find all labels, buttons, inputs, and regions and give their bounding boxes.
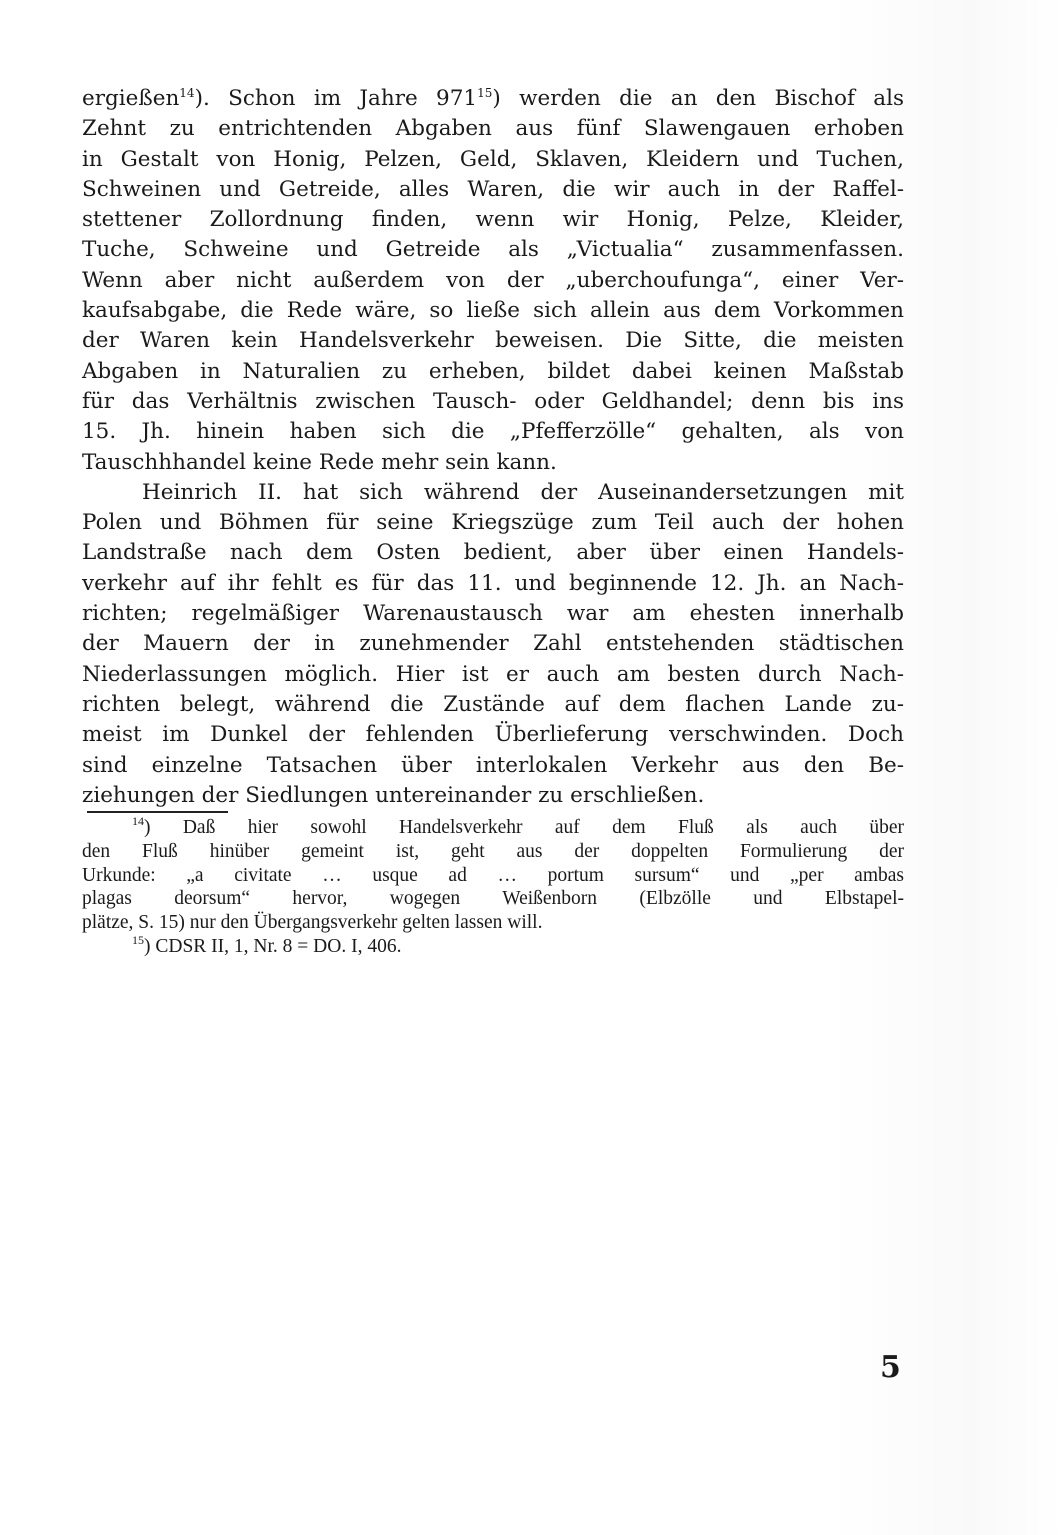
paragraph-2: Heinrich II. hat sich während der Ausein…	[82, 478, 904, 811]
footnote-marker: 15	[132, 933, 144, 947]
text-line: für das Verhältnis zwischen Tausch- oder…	[82, 387, 904, 417]
text-line: Abgaben in Naturalien zu erheben, bildet…	[82, 357, 904, 387]
footnote-line: plagas deorsum“ hervor, wogegen Weißenbo…	[82, 887, 904, 911]
text-line: Landstraße nach dem Osten bedient, aber …	[82, 538, 904, 568]
footnote-ref-15[interactable]: 15	[477, 86, 492, 100]
document-page: ergießen14). Schon im Jahre 97115) werde…	[0, 0, 1063, 1535]
text-line: Wenn aber nicht außerdem von der „uberch…	[82, 266, 904, 296]
text-span: ) Daß hier sowohl Handelsverkehr auf dem…	[144, 817, 904, 838]
text-line: Polen und Böhmen für seine Kriegszüge zu…	[82, 508, 904, 538]
text-line: der Waren kein Handelsverkehr beweisen. …	[82, 326, 904, 356]
footnote-14: 14) Daß hier sowohl Handelsverkehr auf d…	[82, 816, 904, 935]
text-line: ergießen14). Schon im Jahre 97115) werde…	[82, 84, 904, 114]
text-line: 15. Jh. hinein haben sich die „Pfefferzö…	[82, 417, 904, 447]
text-line: Tauschhhandel keine Rede mehr sein kann.	[82, 448, 904, 478]
footnote-marker: 14	[132, 814, 144, 828]
paragraph-1: ergießen14). Schon im Jahre 97115) werde…	[82, 84, 904, 478]
text-line: verkehr auf ihr fehlt es für das 11. und…	[82, 569, 904, 599]
text-span: ) CDSR II, 1, Nr. 8 = DO. I, 406.	[144, 936, 401, 957]
text-line: sind einzelne Tatsachen über interlokale…	[82, 751, 904, 781]
footnote-15: 15) CDSR II, 1, Nr. 8 = DO. I, 406.	[82, 935, 904, 959]
text-line: ziehungen der Siedlungen untereinander z…	[82, 781, 904, 811]
text-line: Niederlassungen möglich. Hier ist er auc…	[82, 660, 904, 690]
text-line: richten belegt, während die Zustände auf…	[82, 690, 904, 720]
footnote-line: den Fluß hinüber gemeint ist, geht aus d…	[82, 840, 904, 864]
text-line: Schweinen und Getreide, alles Waren, die…	[82, 175, 904, 205]
footnote-separator-rule	[87, 811, 228, 813]
footnote-line: 15) CDSR II, 1, Nr. 8 = DO. I, 406.	[82, 935, 904, 959]
text-line: Tuche, Schweine und Getreide als „Victua…	[82, 235, 904, 265]
text-line: Heinrich II. hat sich während der Ausein…	[82, 478, 904, 508]
text-line: richten; regelmäßiger Warenaustausch war…	[82, 599, 904, 629]
footnotes: 14) Daß hier sowohl Handelsverkehr auf d…	[82, 816, 904, 959]
text-line: der Mauern der in zunehmender Zahl entst…	[82, 629, 904, 659]
text-span: ) werden die an den Bischof als	[492, 86, 904, 111]
footnote-line: plätze, S. 15) nur den Übergangsverkehr …	[82, 911, 904, 935]
text-line: Zehnt zu entrichtenden Abgaben aus fünf …	[82, 114, 904, 144]
page-number: 5	[880, 1350, 901, 1385]
footnote-ref-14[interactable]: 14	[179, 86, 194, 100]
text-span: ). Schon im Jahre 971	[195, 86, 478, 111]
footnote-line: 14) Daß hier sowohl Handelsverkehr auf d…	[82, 816, 904, 840]
text-line: in Gestalt von Honig, Pelzen, Geld, Skla…	[82, 145, 904, 175]
text-span: ergießen	[82, 86, 179, 111]
text-line: kaufsabgabe, die Rede wäre, so ließe sic…	[82, 296, 904, 326]
footnote-line: Urkunde: „a civitate … usque ad … portum…	[82, 864, 904, 888]
text-line: stettener Zollordnung finden, wenn wir H…	[82, 205, 904, 235]
text-line: meist im Dunkel der fehlenden Überliefer…	[82, 720, 904, 750]
body-text: ergießen14). Schon im Jahre 97115) werde…	[82, 84, 904, 811]
